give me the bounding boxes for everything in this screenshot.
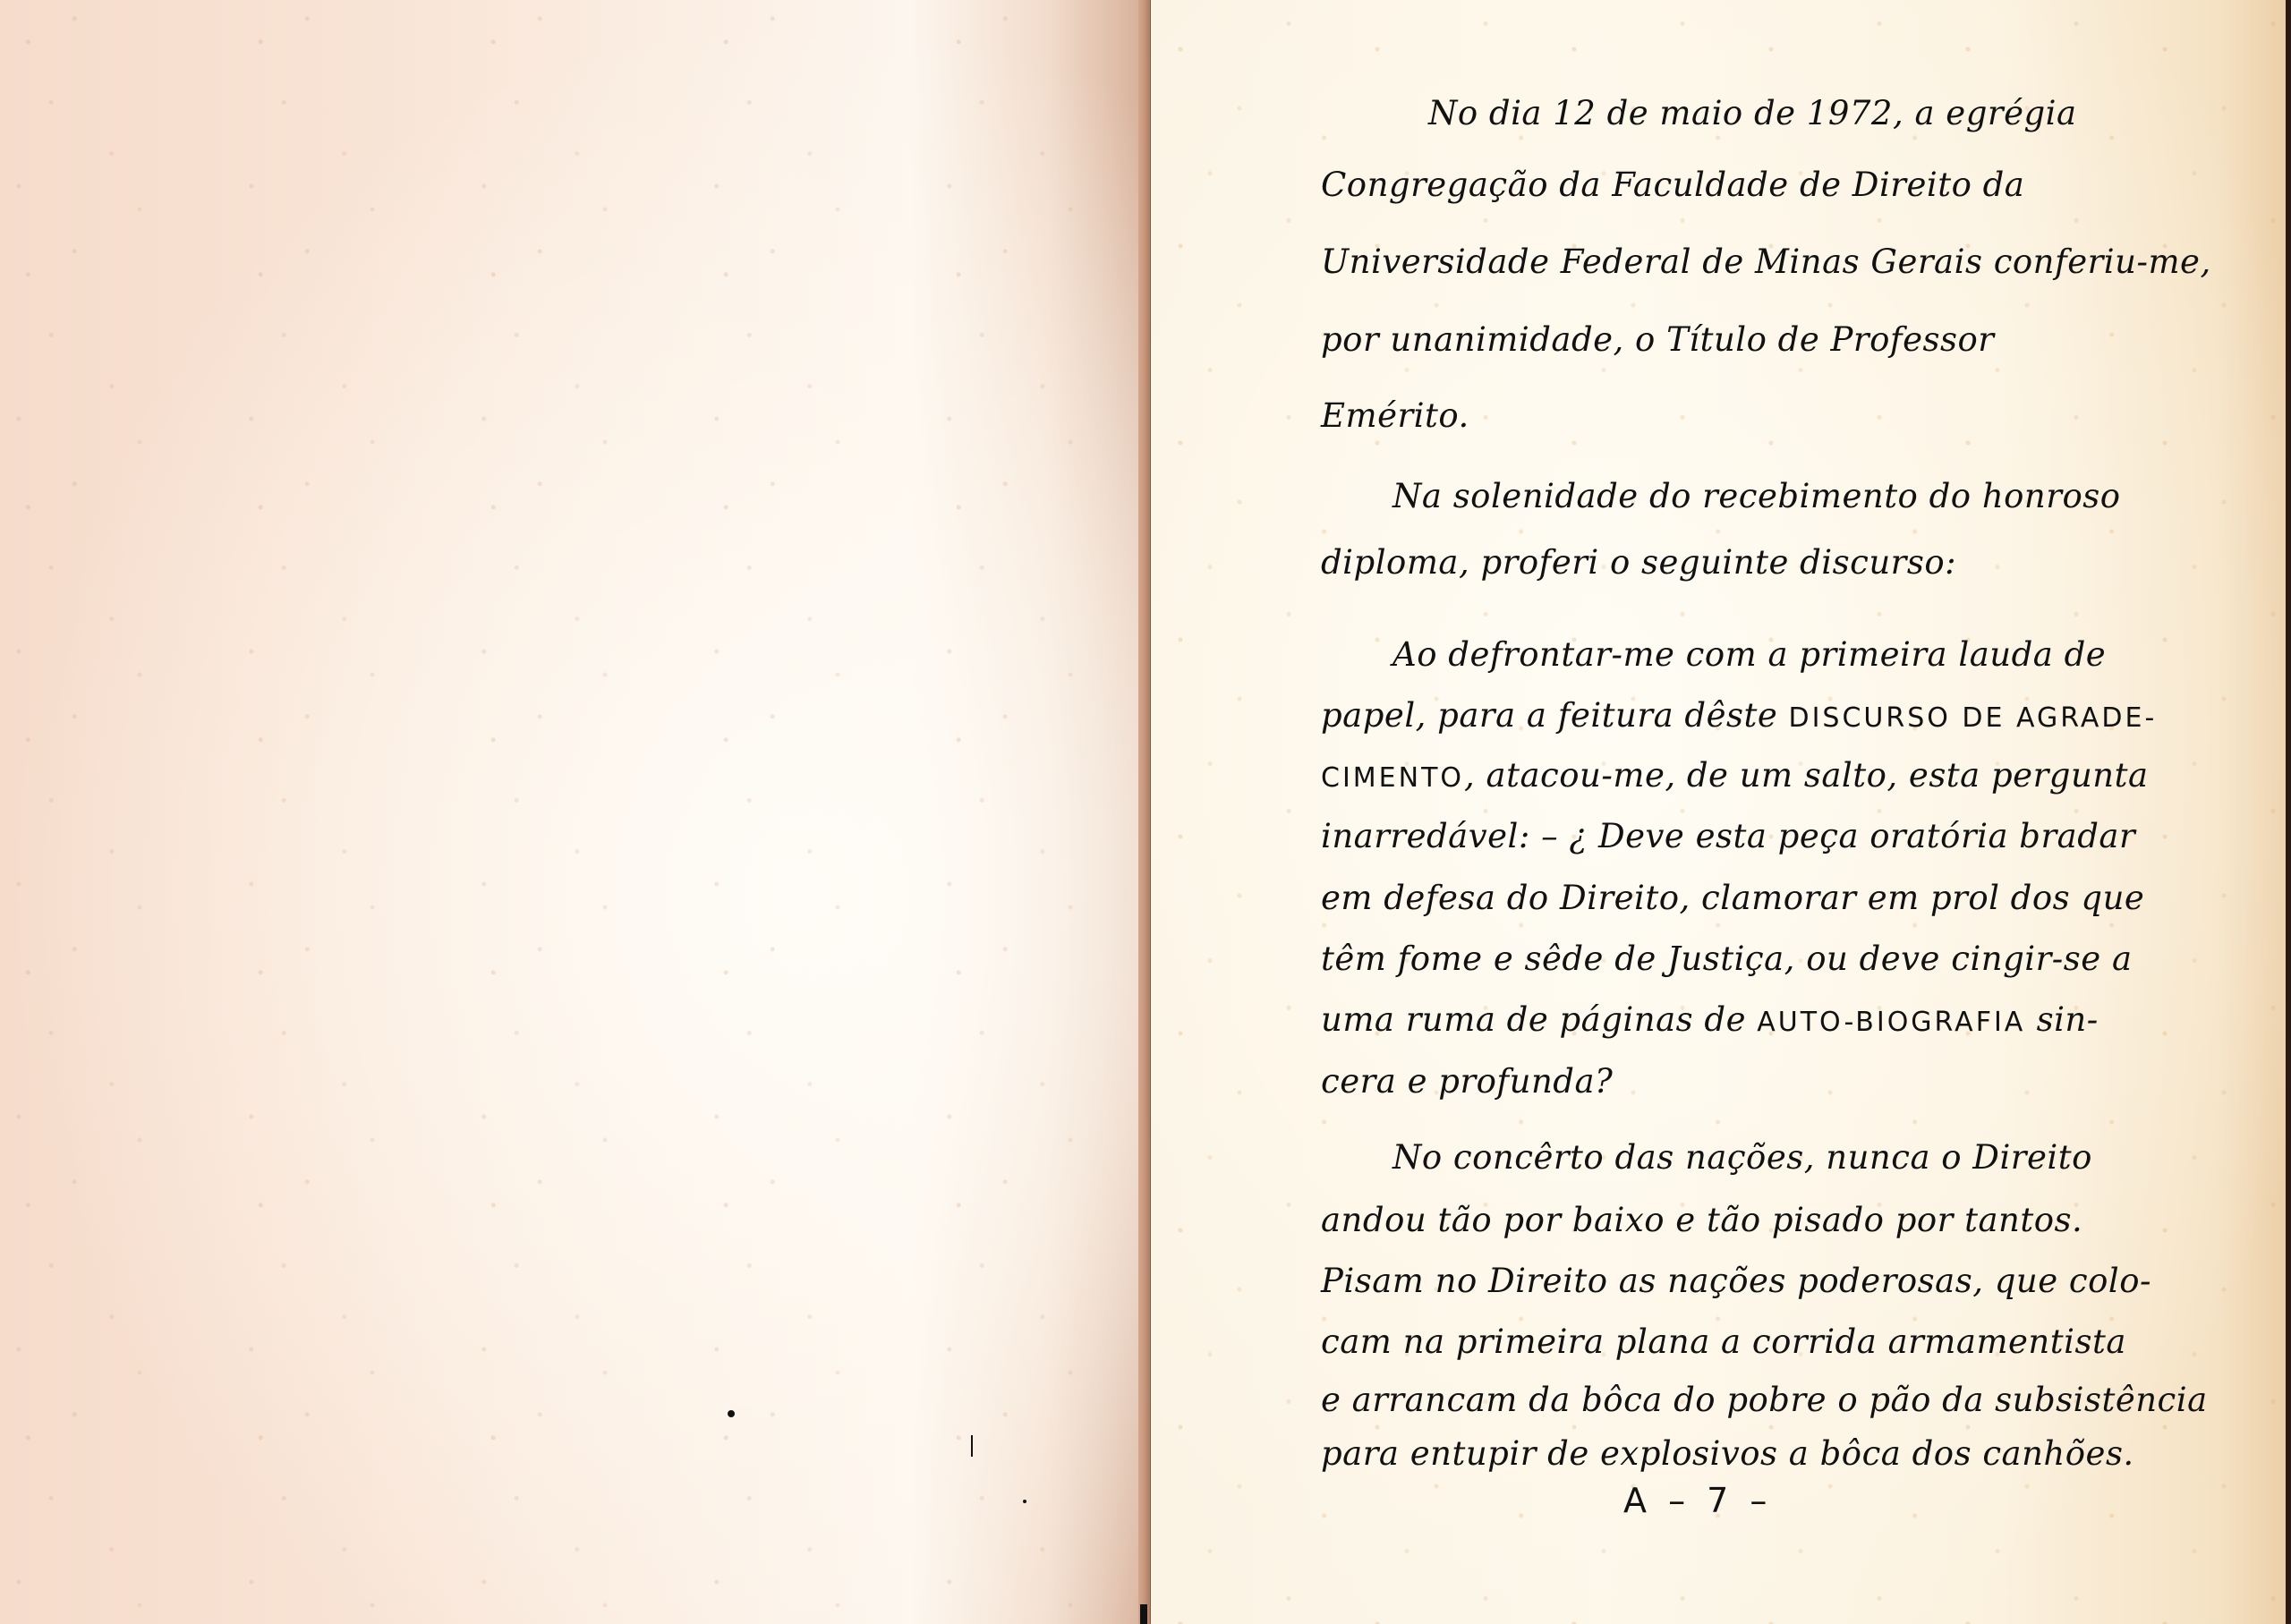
text-segment: uma ruma de páginas de xyxy=(1321,1000,1757,1039)
text-line: cera e profunda? xyxy=(1321,1065,1613,1098)
text-line: Emérito. xyxy=(1321,399,1469,432)
left-page xyxy=(0,0,1138,1624)
text-segment: papel, para a feitura dêste xyxy=(1321,696,1788,735)
text-line: No concêrto das nações, nunca o Direito xyxy=(1392,1141,2092,1174)
text-line: papel, para a feitura dêste DISCURSO DE … xyxy=(1321,699,2157,732)
right-page: No dia 12 de maio de 1972, a egrégia Con… xyxy=(1151,0,2291,1624)
caps-segment: CIMENTO xyxy=(1321,762,1464,794)
text-line: andou tão por baixo e tão pisado por tan… xyxy=(1321,1203,2082,1237)
ink-tick-mark xyxy=(971,1435,973,1457)
text-line: e arrancam da bôca do pobre o pão da sub… xyxy=(1321,1383,2208,1416)
text-line: Pisam no Direito as nações poderosas, qu… xyxy=(1321,1264,2151,1297)
text-line: Na solenidade do recebimento do honroso xyxy=(1392,480,2120,513)
ink-dot-mark xyxy=(1023,1500,1026,1503)
caps-segment: DISCURSO DE AGRADE- xyxy=(1788,702,2157,734)
text-line: uma ruma de páginas de AUTO-BIOGRAFIA si… xyxy=(1321,1003,2099,1036)
text-line: CIMENTO, atacou-me, de um salto, esta pe… xyxy=(1321,759,2149,792)
text-segment: , atacou-me, de um salto, esta pergunta xyxy=(1464,756,2149,795)
text-line: diploma, proferi o seguinte discurso: xyxy=(1321,546,1956,579)
text-line: em defesa do Direito, clamorar em prol d… xyxy=(1321,881,2144,914)
text-line: para entupir de explosivos a bôca dos ca… xyxy=(1321,1437,2134,1470)
page-number: A – 7 – xyxy=(1623,1481,1772,1520)
paper-texture xyxy=(0,0,1138,1624)
caps-segment: AUTO-BIOGRAFIA xyxy=(1757,1007,2025,1038)
ink-dot-mark xyxy=(728,1410,735,1417)
text-line: Congregação da Faculdade de Direito da xyxy=(1321,168,2024,201)
book-spine xyxy=(1138,0,1151,1624)
book-spread: No dia 12 de maio de 1972, a egrégia Con… xyxy=(0,0,2291,1624)
text-line: Universidade Federal de Minas Gerais con… xyxy=(1321,245,2211,278)
text-segment: sin- xyxy=(2025,1000,2098,1039)
text-line: No dia 12 de maio de 1972, a egrégia xyxy=(1428,97,2077,130)
text-line: cam na primeira plana a corrida armament… xyxy=(1321,1325,2126,1358)
text-line: Ao defrontar-me com a primeira lauda de xyxy=(1392,638,2106,671)
text-line: têm fome e sêde de Justiça, ou deve cing… xyxy=(1321,942,2133,975)
spine-bottom-mark xyxy=(1140,1604,1147,1624)
text-line: por unanimidade, o Título de Professor xyxy=(1321,323,1994,356)
text-line: inarredável: – ¿ Deve esta peça oratória… xyxy=(1321,820,2135,853)
